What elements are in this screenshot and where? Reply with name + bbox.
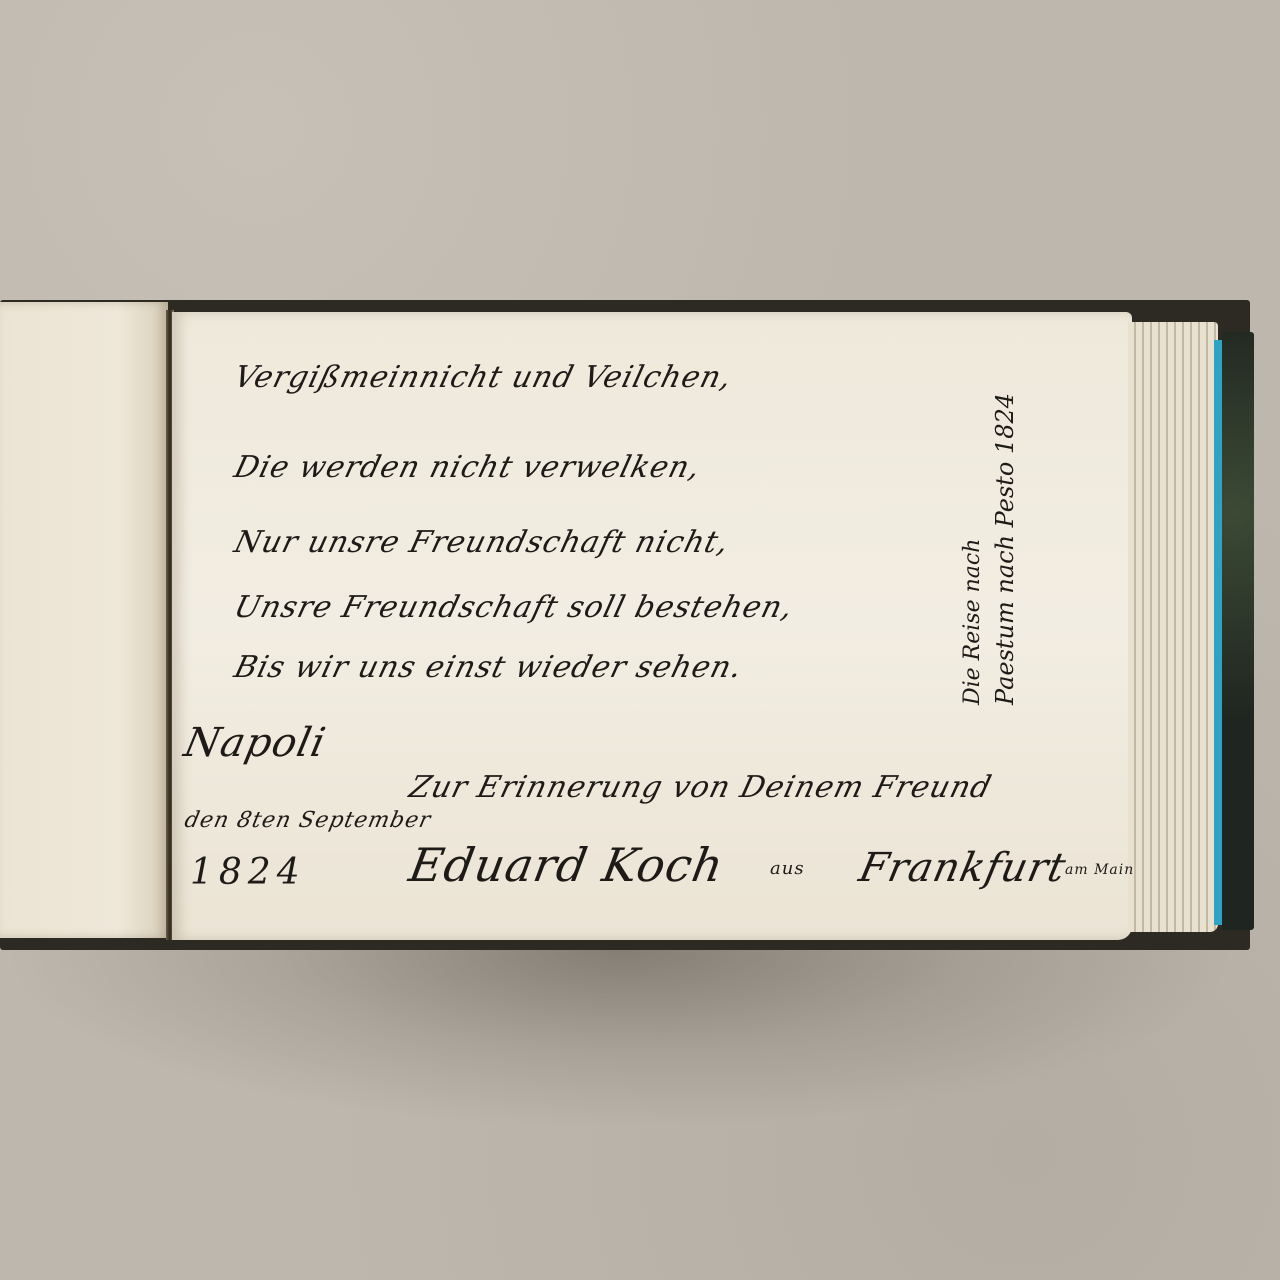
margin-note: Die Reise nach Paestum nach Pesto 1824 [960,393,1019,705]
dedication: Zur Erinnerung von Deinem Freund [406,770,996,805]
left-page-blank [0,302,168,938]
year: 1824 [190,852,306,893]
poem-line: Die werden nicht verwelken, [231,450,705,485]
city-name: Frankfurt [855,845,1070,891]
connector: aus [770,858,805,879]
poem-line: Unsre Freundschaft soll bestehen, [231,590,797,625]
blue-page-edge [1214,340,1222,925]
poem-line: Nur unsre Freundschaft nicht, [231,525,733,560]
poem-line: Bis wir uns einst wieder sehen. [231,650,747,685]
place-name: Napoli [180,720,330,766]
margin-note-line: Die Reise nach [960,393,985,705]
marbled-back-cover [1222,332,1254,930]
city-suffix: am Main [1065,862,1134,878]
signer-name: Eduard Koch [405,838,728,892]
margin-note-line: Paestum nach Pesto 1824 [991,393,1019,705]
book-shadow [0,930,1240,1130]
page-stack-edges [1128,322,1218,932]
poem-line: Vergißmeinnicht und Veilchen, [231,360,736,395]
date: den 8ten September [182,808,433,833]
